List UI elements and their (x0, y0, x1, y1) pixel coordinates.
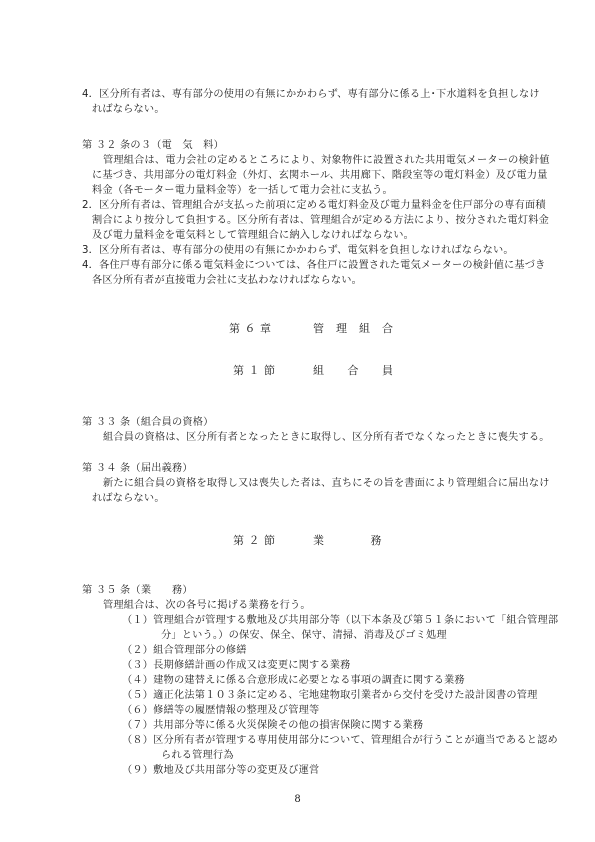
chapter-title: 管 理 組 合 (313, 320, 394, 336)
list-item-continuation: 分」という。）の保安、保全、保守、清掃、消毒及びゴミ処理 (82, 628, 552, 643)
list-item: （３）長期修繕計画の作成又は変更に関する業務 (82, 658, 552, 673)
section-heading: 第 ２ 節 業 務 (233, 532, 382, 548)
page-number: 8 (0, 794, 595, 805)
chapter-number: 第 ６ 章 (229, 320, 309, 336)
item-label: （１） (122, 615, 153, 626)
article-heading: 第 ３２ 条の３（電 気 料） (82, 138, 552, 153)
text-line: 料金（各モーター電力量料金等）を一括して電力会社に支払う。 (82, 183, 552, 198)
section-title: 組 合 員 (313, 362, 394, 378)
list-item: （４）建物の建替えに係る合意形成に必要となる事項の調査に関する業務 (82, 673, 552, 688)
text-line: 3．区分所有者は、専有部分の使用の有無にかかわらず、電気料を負担しなければならな… (82, 243, 552, 258)
item-text: 修繕等の履歴情報の整理及び管理等 (153, 705, 319, 716)
item-label: （２） (122, 645, 153, 656)
text-line: 各区分所有者が直接電力会社に支払わなければならない。 (82, 273, 552, 288)
item-label: （５） (122, 690, 153, 701)
article-35: 第 ３５ 条（業 務） 管理組合は、次の各号に掲げる業務を行う。 （１）管理組合… (82, 583, 552, 778)
list-item: （６）修繕等の履歴情報の整理及び管理等 (82, 703, 552, 718)
text-line: 4．区分所有者は、専有部分の使用の有無にかかわらず、専有部分に係る上･下水道料を… (82, 87, 552, 102)
item-text: 組合管理部分の修繕 (153, 645, 247, 656)
list-item: （８）区分所有者が管理する専用使用部分について、管理組合が行うことが適当であると… (82, 733, 552, 748)
list-item: （９）敷地及び共用部分等の変更及び運営 (82, 763, 552, 778)
item-text: 適正化法第１０３条に定める、宅地建物取引業者から交付を受けた設計図書の管理 (153, 690, 537, 701)
list-item: （２）組合管理部分の修繕 (82, 643, 552, 658)
list-item: （１）管理組合が管理する敷地及び共用部分等（以下本条及び第５１条において「組合管… (82, 613, 552, 628)
list-item-continuation: られる管理行為 (82, 748, 552, 763)
text-line: ればならない。 (82, 102, 552, 117)
text-line: 2．区分所有者は、管理組合が支払った前項に定める電灯料金及び電力量料金を住戸部分… (82, 198, 552, 213)
text-line: 及び電力量料金を電気料として管理組合に納入しなければならない。 (82, 228, 552, 243)
item-label: （９） (122, 765, 153, 776)
item-text: 共用部分等に係る火災保険その他の損害保険に関する業務 (153, 720, 423, 731)
art32-2-item4: 4．区分所有者は、専有部分の使用の有無にかかわらず、専有部分に係る上･下水道料を… (82, 87, 552, 117)
list-item: （７）共用部分等に係る火災保険その他の損害保険に関する業務 (82, 718, 552, 733)
text-line: ればならない。 (82, 491, 552, 506)
article-heading: 第 ３５ 条（業 務） (82, 583, 552, 598)
item-label: （７） (122, 720, 153, 731)
text-line: 組合員の資格は、区分所有者となったときに取得し、区分所有者でなくなったときに喪失… (82, 430, 552, 445)
section-heading: 第 １ 節 組 合 員 (233, 362, 394, 378)
item-text: 区分所有者が管理する専用使用部分について、管理組合が行うことが適当であると認め (153, 735, 558, 746)
article-32-3: 第 ３２ 条の３（電 気 料） 管理組合は、電力会社の定めるところにより、対象物… (82, 138, 552, 288)
text-line: に基づき、共用部分の電灯料金（外灯、玄関ホール、共用廊下、階段室等の電灯料金）及… (82, 168, 552, 183)
text-line: 新たに組合員の資格を取得し又は喪失した者は、直ちにその旨を書面により管理組合に届… (82, 476, 552, 491)
item-label: （４） (122, 675, 153, 686)
section-number: 第 １ 節 (233, 362, 309, 378)
text-line: 管理組合は、次の各号に掲げる業務を行う。 (82, 598, 552, 613)
item-text: 長期修繕計画の作成又は変更に関する業務 (153, 660, 350, 671)
text-line: 4．各住戸専有部分に係る電気料金については、各住戸に設置された電気メーターの検針… (82, 258, 552, 273)
item-text: 管理組合が管理する敷地及び共用部分等（以下本条及び第５１条において「組合管理部 (153, 615, 558, 626)
item-label: （８） (122, 735, 153, 746)
item-label: （３） (122, 660, 153, 671)
section-number: 第 ２ 節 (233, 532, 309, 548)
article-heading: 第 ３４ 条（届出義務） (82, 461, 552, 476)
section-title: 業 務 (313, 532, 382, 548)
text-line: 割合により按分して負担する。区分所有者は、管理組合が定める方法により、按分された… (82, 213, 552, 228)
article-34: 第 ３４ 条（届出義務） 新たに組合員の資格を取得し又は喪失した者は、直ちにその… (82, 461, 552, 506)
item-text: 建物の建替えに係る合意形成に必要となる事項の調査に関する業務 (153, 675, 465, 686)
list-item: （５）適正化法第１０３条に定める、宅地建物取引業者から交付を受けた設計図書の管理 (82, 688, 552, 703)
chapter-heading: 第 ６ 章 管 理 組 合 (229, 320, 394, 336)
article-33: 第 ３３ 条（組合員の資格） 組合員の資格は、区分所有者となったときに取得し、区… (82, 415, 552, 445)
item-text: 敷地及び共用部分等の変更及び運営 (153, 765, 319, 776)
document-page: 4．区分所有者は、専有部分の使用の有無にかかわらず、専有部分に係る上･下水道料を… (0, 0, 595, 842)
text-line: 管理組合は、電力会社の定めるところにより、対象物件に設置された共用電気メーターの… (82, 153, 552, 168)
article-heading: 第 ３３ 条（組合員の資格） (82, 415, 552, 430)
item-label: （６） (122, 705, 153, 716)
